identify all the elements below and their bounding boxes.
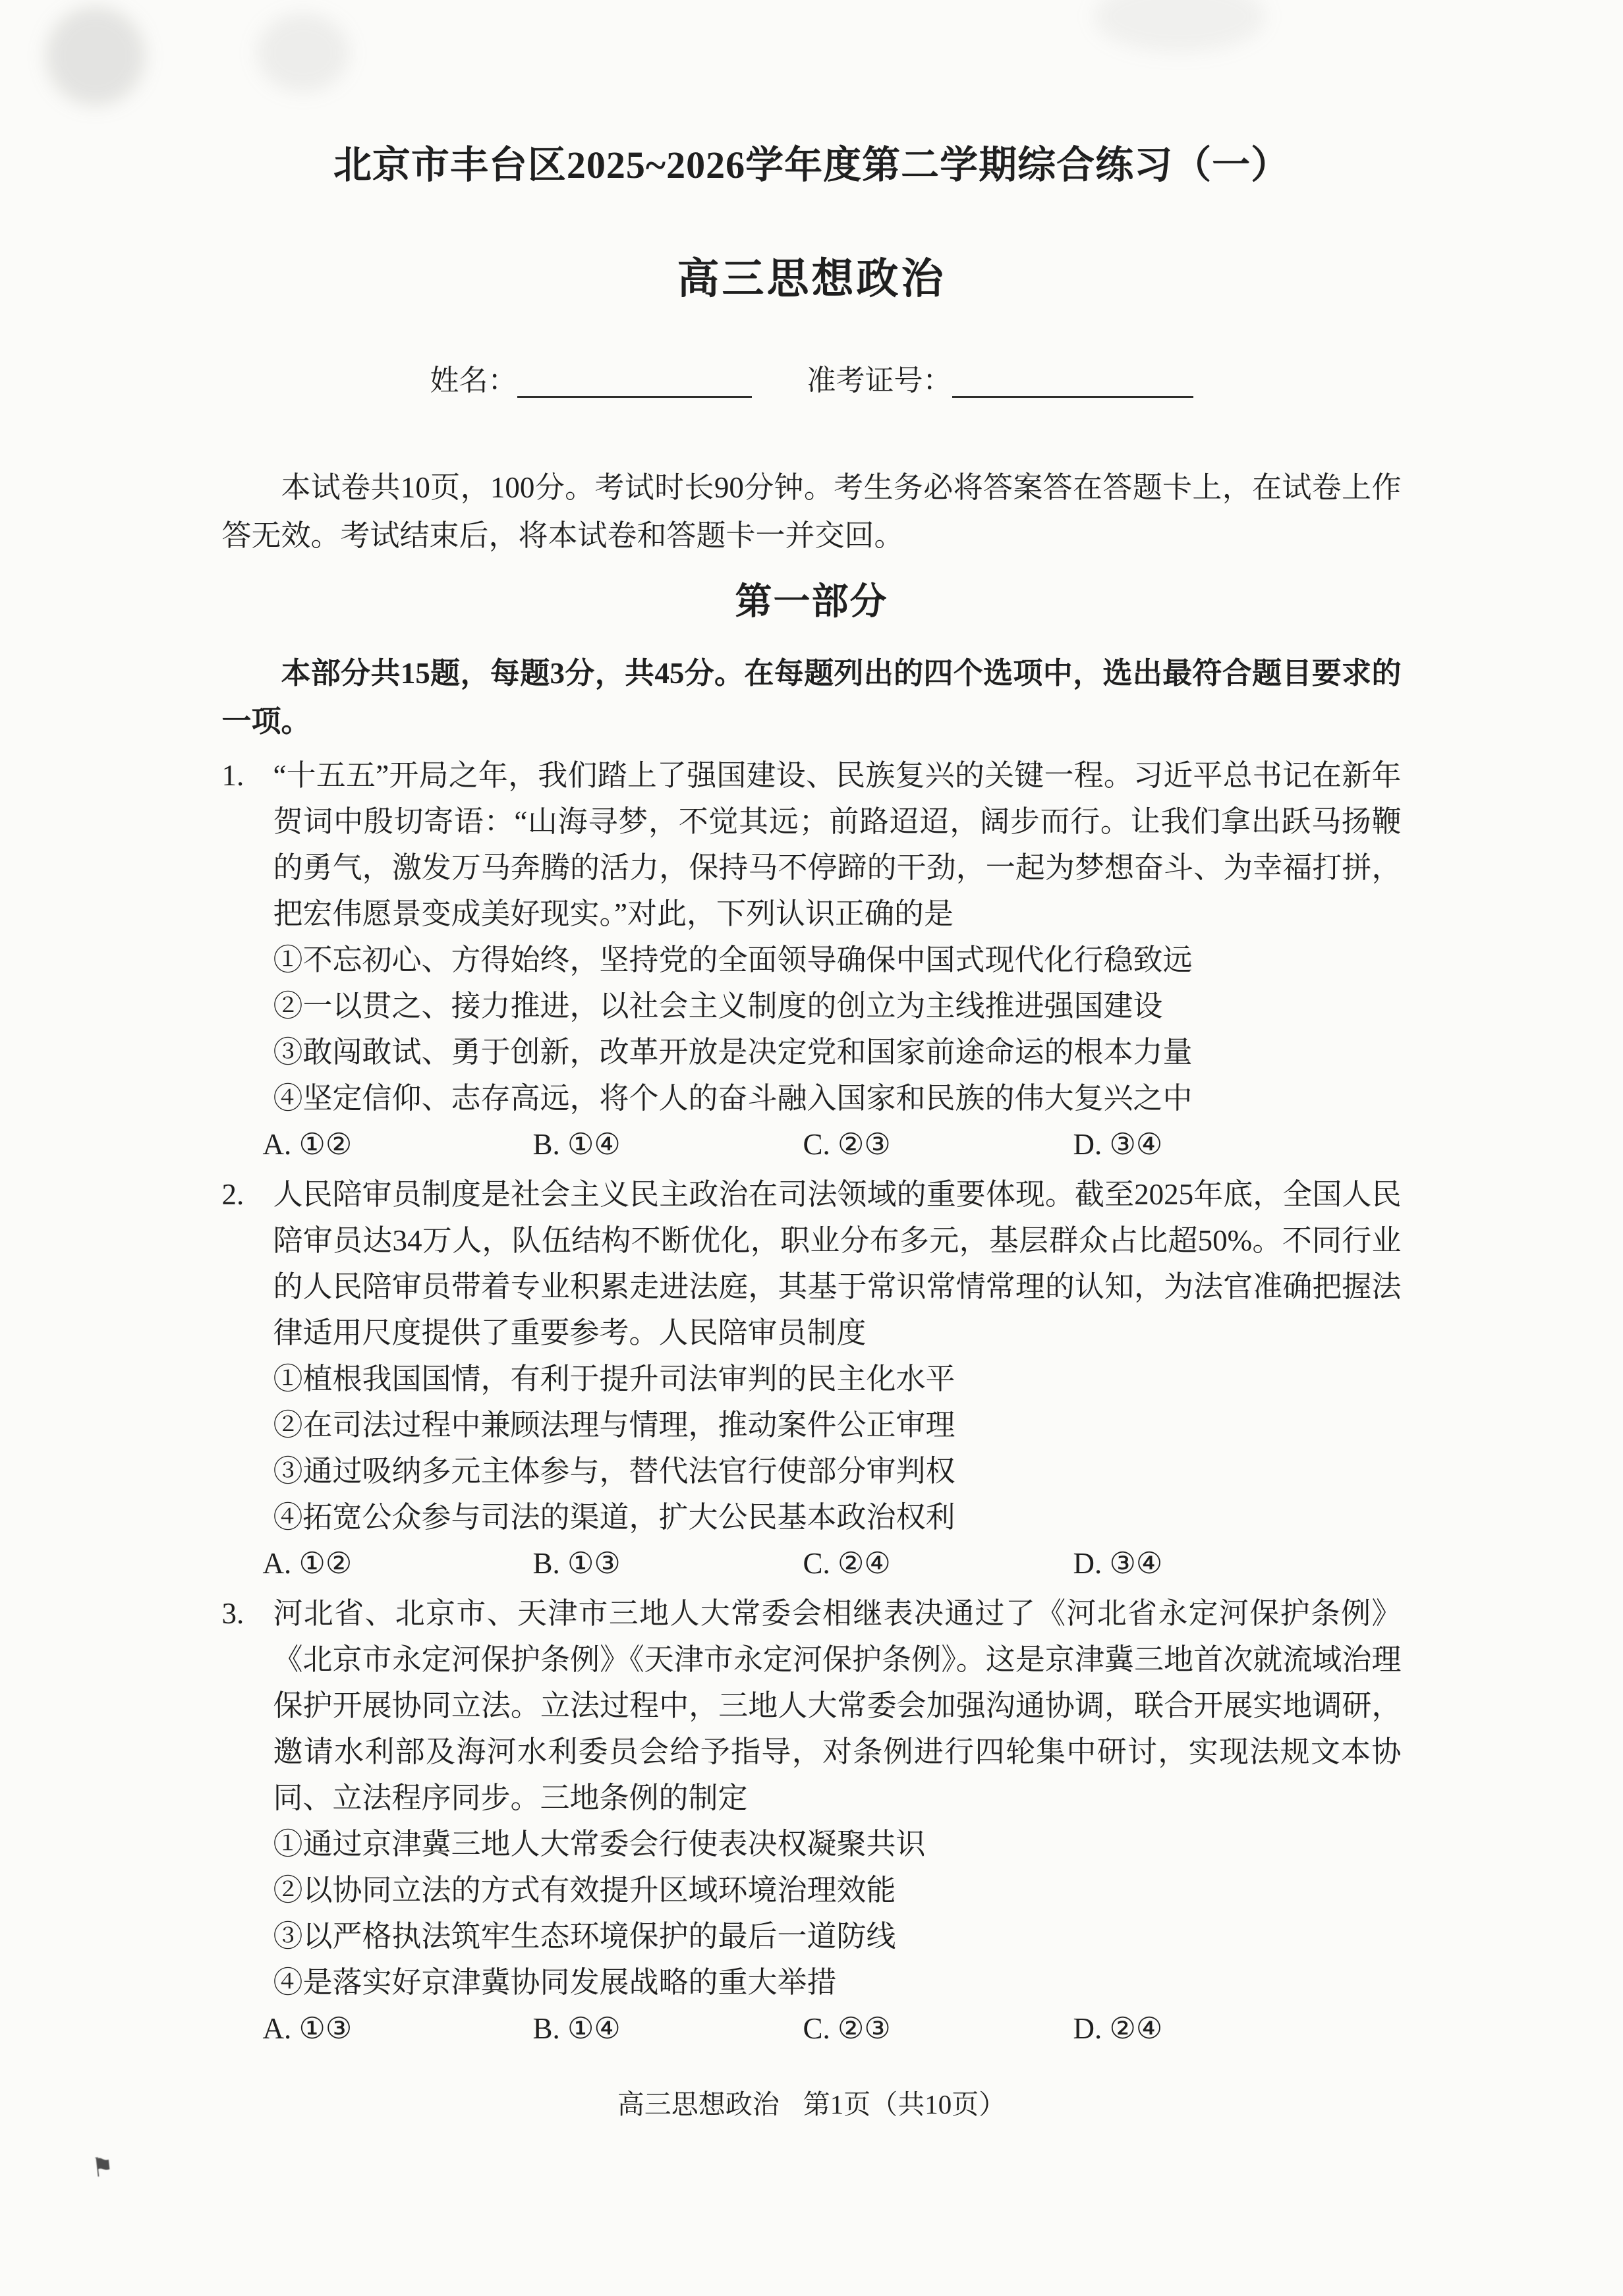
question-2-body: 人民陪审员制度是社会主义民主政治在司法领域的重要体现。截至2025年底，全国人民… [273,1171,1402,1586]
question-2-answer-row: A. ①② B. ①③ C. ②④ D. ③④ [263,1540,1402,1586]
question-1-number: 1. [222,752,273,1167]
question-2-statement-3: ③通过吸纳多元主体参与，替代法官行使部分审判权 [273,1448,1402,1494]
exam-no-blank-line [952,366,1193,398]
question-2-choice-c: C. ②④ [803,1540,1073,1586]
question-1-choice-b: B. ①④ [533,1121,803,1167]
question-3-choice-c: C. ②③ [803,2005,1073,2052]
question-1-choice-d: D. ③④ [1073,1121,1163,1167]
section-one-intro: 本部分共15题，每题3分，共45分。在每题列出的四个选项中，选出最符合题目要求的… [222,650,1402,746]
page-footer: 高三思想政治第1页（共10页） [0,2088,1623,2121]
question-3-body: 河北省、北京市、天津市三地人大常委会相继表决通过了《河北省永定河保护条例》《北京… [273,1590,1402,2052]
section-one-heading: 第一部分 [0,584,1623,621]
subject-title: 高三思想政治 [0,258,1623,300]
question-list: 1. “十五五”开局之年，我们踏上了强国建设、民族复兴的关键一程。习近平总书记在… [222,752,1402,2052]
exam-no-label: 准考证号： [807,364,952,398]
question-2-choice-b: B. ①③ [533,1540,803,1586]
name-label: 姓名： [430,364,517,398]
question-1: 1. “十五五”开局之年，我们踏上了强国建设、民族复兴的关键一程。习近平总书记在… [222,752,1402,1167]
question-3-statement-1: ①通过京津冀三地人大常委会行使表决权凝聚共识 [273,1821,1402,1867]
question-1-statement-1: ①不忘初心、方得始终，坚持党的全面领导确保中国式现代化行稳致远 [273,937,1402,983]
question-1-statement-4: ④坚定信仰、志存高远，将个人的奋斗融入国家和民族的伟大复兴之中 [273,1075,1402,1121]
question-2-statement-4: ④拓宽公众参与司法的渠道，扩大公民基本政治权利 [273,1494,1402,1540]
footer-page-number: 第1页（共10页） [803,2089,1006,2119]
name-blank-line [517,366,752,398]
question-2: 2. 人民陪审员制度是社会主义民主政治在司法领域的重要体现。截至2025年底，全… [222,1171,1402,1586]
candidate-info-row: 姓名：准考证号： [0,364,1623,398]
question-3: 3. 河北省、北京市、天津市三地人大常委会相继表决通过了《河北省永定河保护条例》… [222,1590,1402,2052]
question-3-stem: 河北省、北京市、天津市三地人大常委会相继表决通过了《河北省永定河保护条例》《北京… [273,1590,1402,1821]
question-1-choice-c: C. ②③ [803,1121,1073,1167]
question-2-statement-1: ①植根我国国情，有利于提升司法审判的民主化水平 [273,1356,1402,1402]
scan-mark-icon: ⚑ [90,2150,115,2183]
question-2-statement-2: ②在司法过程中兼顾法理与情理，推动案件公正审理 [273,1402,1402,1448]
question-3-choice-d: D. ②④ [1073,2005,1163,2052]
question-2-choice-a: A. ①② [263,1540,533,1586]
question-1-statement-3: ③敢闯敢试、勇于创新，改革开放是决定党和国家前途命运的根本力量 [273,1029,1402,1075]
question-2-number: 2. [222,1171,273,1586]
question-3-answer-row: A. ①③ B. ①④ C. ②③ D. ②④ [263,2005,1402,2052]
footer-subject: 高三思想政治 [617,2089,780,2119]
question-2-stem: 人民陪审员制度是社会主义民主政治在司法领域的重要体现。截至2025年底，全国人民… [273,1171,1402,1356]
question-1-answer-row: A. ①② B. ①④ C. ②③ D. ③④ [263,1121,1402,1167]
exam-instructions: 本试卷共10页，100分。考试时长90分钟。考生务必将答案答在答题卡上，在试卷上… [222,464,1402,560]
question-1-body: “十五五”开局之年，我们踏上了强国建设、民族复兴的关键一程。习近平总书记在新年贺… [273,752,1402,1167]
question-3-choice-b: B. ①④ [533,2005,803,2052]
question-1-statement-2: ②一以贯之、接力推进，以社会主义制度的创立为主线推进强国建设 [273,983,1402,1029]
question-1-stem: “十五五”开局之年，我们踏上了强国建设、民族复兴的关键一程。习近平总书记在新年贺… [273,752,1402,937]
question-2-choice-d: D. ③④ [1073,1540,1163,1586]
page-title: 北京市丰台区2025~2026学年度第二学期综合练习（一） [0,0,1623,184]
exam-paper-page: 北京市丰台区2025~2026学年度第二学期综合练习（一） 高三思想政治 姓名：… [0,0,1623,2296]
question-3-statement-3: ③以严格执法筑牢生态环境保护的最后一道防线 [273,1913,1402,1959]
question-1-choice-a: A. ①② [263,1121,533,1167]
question-3-statement-2: ②以协同立法的方式有效提升区域环境治理效能 [273,1867,1402,1913]
question-3-statement-4: ④是落实好京津冀协同发展战略的重大举措 [273,1959,1402,2005]
question-3-number: 3. [222,1590,273,2052]
question-3-choice-a: A. ①③ [263,2005,533,2052]
